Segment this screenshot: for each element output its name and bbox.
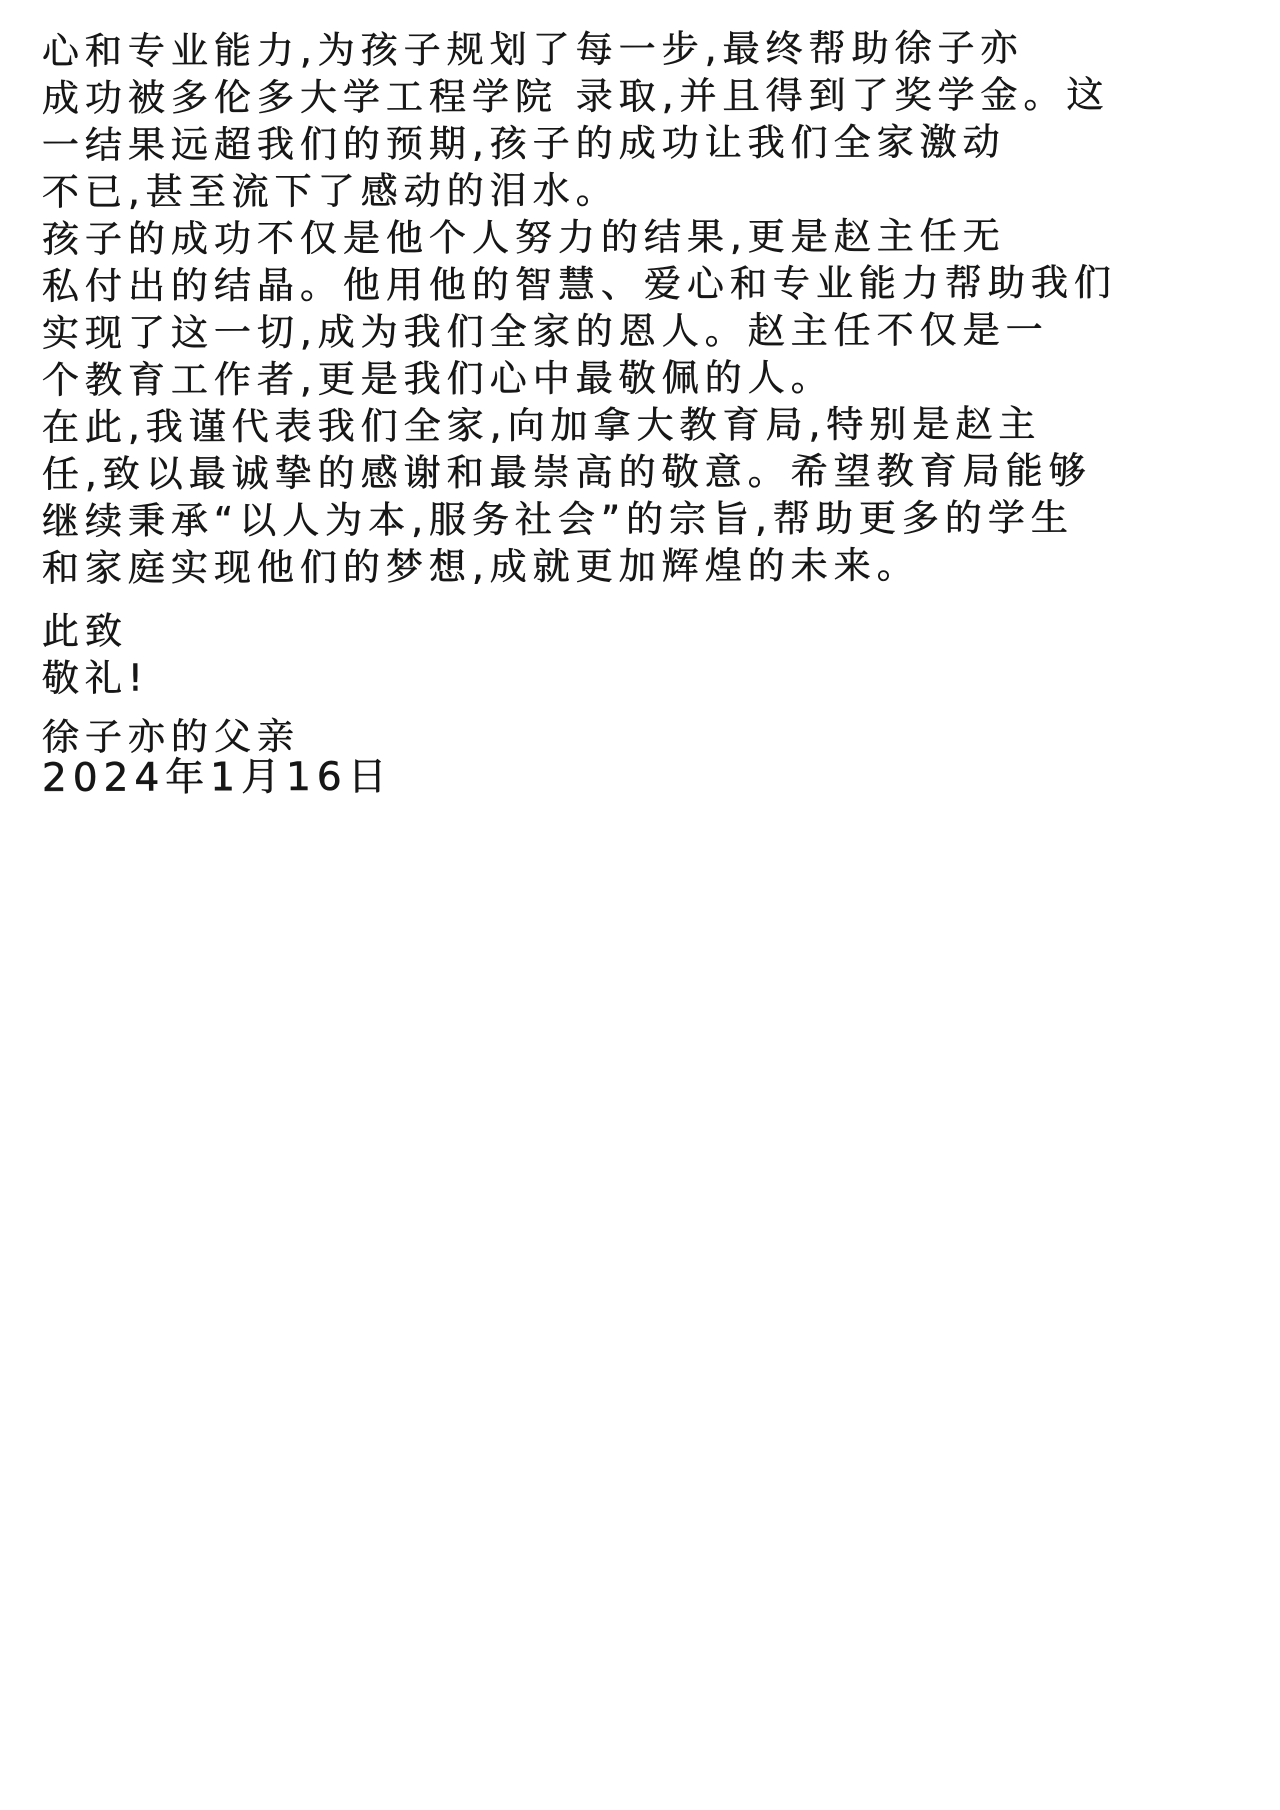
letter-line: 不已,甚至流下了感动的泪水。 [42,165,1102,216]
letter-line: 一结果远超我们的预期,孩子的成功让我们全家激动 [42,118,1102,169]
letter-line: 心和专业能力,为孩子规划了每一步,最终帮助徐子亦 [42,24,1102,75]
letter-line: 继续秉承“以人为本,服务社会”的宗旨,帮助更多的学生 [42,494,1102,545]
letter-line: 在此,我谨代表我们全家,向加拿大教育局,特别是赵主 [42,400,1102,451]
letter-line: 私付出的结晶。他用他的智慧、爱心和专业能力帮助我们 [42,259,1102,310]
letter-date: 2024年1月16日 [42,751,1102,802]
letter-line: 个教育工作者,更是我们心中最敬佩的人。 [42,353,1102,404]
letter-salute: 敬礼! [42,651,1102,702]
letter-line: 任,致以最诚挚的感谢和最崇高的敬意。希望教育局能够 [42,447,1102,498]
letter-line: 成功被多伦多大学工程学院 录取,并且得到了奖学金。这 [42,71,1102,122]
letter-closing: 此致 [42,604,1102,655]
letter-line: 孩子的成功不仅是他个人努力的结果,更是赵主任无 [42,212,1102,263]
letter-line: 实现了这一切,成为我们全家的恩人。赵主任不仅是一 [42,306,1102,357]
letter-line: 和家庭实现他们的梦想,成就更加辉煌的未来。 [42,541,1102,592]
letter-body: 心和专业能力,为孩子规划了每一步,最终帮助徐子亦 成功被多伦多大学工程学院 录取… [42,26,1102,800]
handwritten-letter-page: 心和专业能力,为孩子规划了每一步,最终帮助徐子亦 成功被多伦多大学工程学院 录取… [0,0,1280,1810]
